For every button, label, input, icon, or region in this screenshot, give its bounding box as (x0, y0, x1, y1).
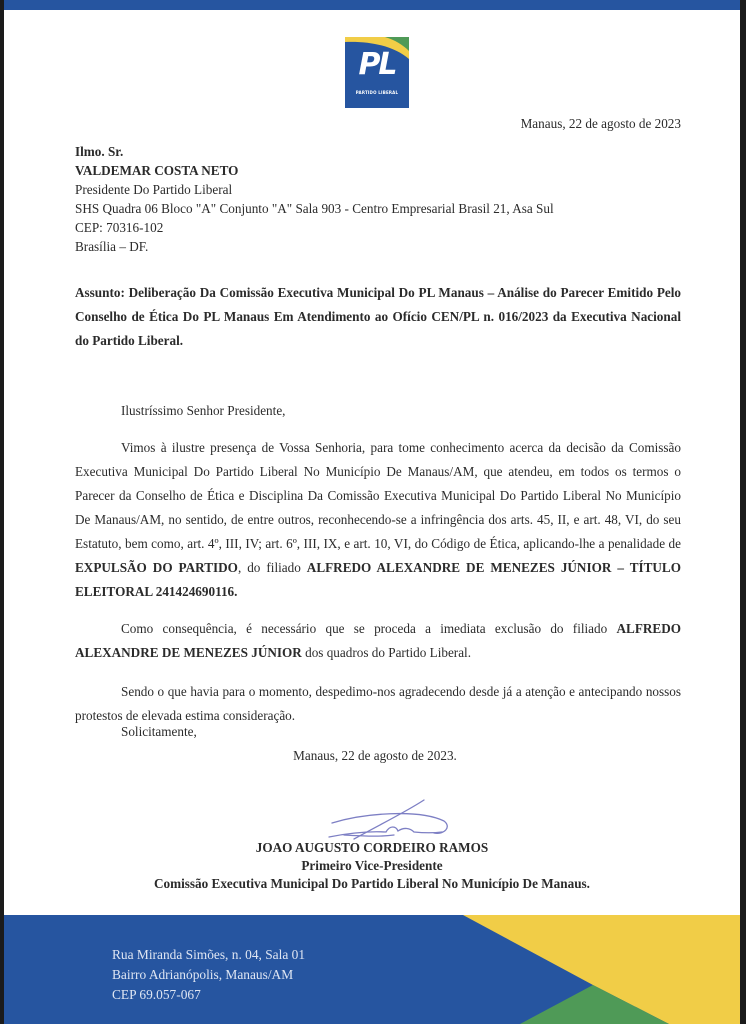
paragraph-decision-text: Vimos à ilustre presença de Vossa Senhor… (75, 440, 681, 551)
header-date: Manaus, 22 de agosto de 2023 (521, 115, 681, 133)
footer-address: Rua Miranda Simões, n. 04, Sala 01 Bairr… (112, 945, 305, 1005)
pl-logo: PL PARTIDO LIBERAL (345, 37, 409, 108)
signature-date: Manaus, 22 de agosto de 2023. (4, 747, 740, 765)
penalty-text: EXPULSÃO DO PARTIDO (75, 560, 238, 575)
logo-initials: PL (345, 50, 409, 80)
logo-subtitle: PARTIDO LIBERAL (345, 90, 409, 95)
recipient-block: Ilmo. Sr. VALDEMAR COSTA NETO Presidente… (75, 142, 554, 256)
recipient-salutation: Ilmo. Sr. (75, 142, 554, 161)
signatory-role: Primeiro Vice-Presidente (4, 857, 740, 875)
greeting: Ilustríssimo Senhor Presidente, (121, 402, 285, 420)
subject-line: Assunto: Deliberação Da Comissão Executi… (75, 281, 681, 353)
paragraph-decision: Vimos à ilustre presença de Vossa Senhor… (75, 436, 681, 604)
recipient-title: Presidente Do Partido Liberal (75, 180, 554, 199)
paragraph-consequence: Como consequência, é necessário que se p… (75, 617, 681, 665)
recipient-cep: CEP: 70316-102 (75, 218, 554, 237)
handwritten-signature-icon (324, 795, 464, 845)
footer: Rua Miranda Simões, n. 04, Sala 01 Bairr… (4, 915, 740, 1024)
signature-date-text: Manaus, 22 de agosto de 2023. (293, 748, 457, 763)
recipient-name: VALDEMAR COSTA NETO (75, 161, 554, 180)
signatory-name: JOAO AUGUSTO CORDEIRO RAMOS (4, 839, 740, 857)
paragraph-decision-mid: , do filiado (238, 560, 307, 575)
footer-neighborhood: Bairro Adrianópolis, Manaus/AM (112, 965, 305, 985)
paragraph-consequence-text: Como consequência, é necessário que se p… (121, 621, 617, 636)
recipient-city: Brasília – DF. (75, 237, 554, 256)
recipient-address: SHS Quadra 06 Bloco "A" Conjunto "A" Sal… (75, 199, 554, 218)
closing: Solicitamente, (121, 723, 197, 741)
paragraph-consequence-end: dos quadros do Partido Liberal. (302, 645, 471, 660)
letter-page: PL PARTIDO LIBERAL Manaus, 22 de agosto … (4, 0, 740, 1024)
top-blue-bar (4, 0, 740, 10)
signatory-organization: Comissão Executiva Municipal Do Partido … (4, 875, 740, 893)
footer-street: Rua Miranda Simões, n. 04, Sala 01 (112, 945, 305, 965)
footer-cep: CEP 69.057-067 (112, 985, 305, 1005)
signatory-block: JOAO AUGUSTO CORDEIRO RAMOS Primeiro Vic… (4, 839, 740, 893)
paragraph-farewell: Sendo o que havia para o momento, desped… (75, 680, 681, 728)
right-edge-border (740, 0, 746, 1024)
